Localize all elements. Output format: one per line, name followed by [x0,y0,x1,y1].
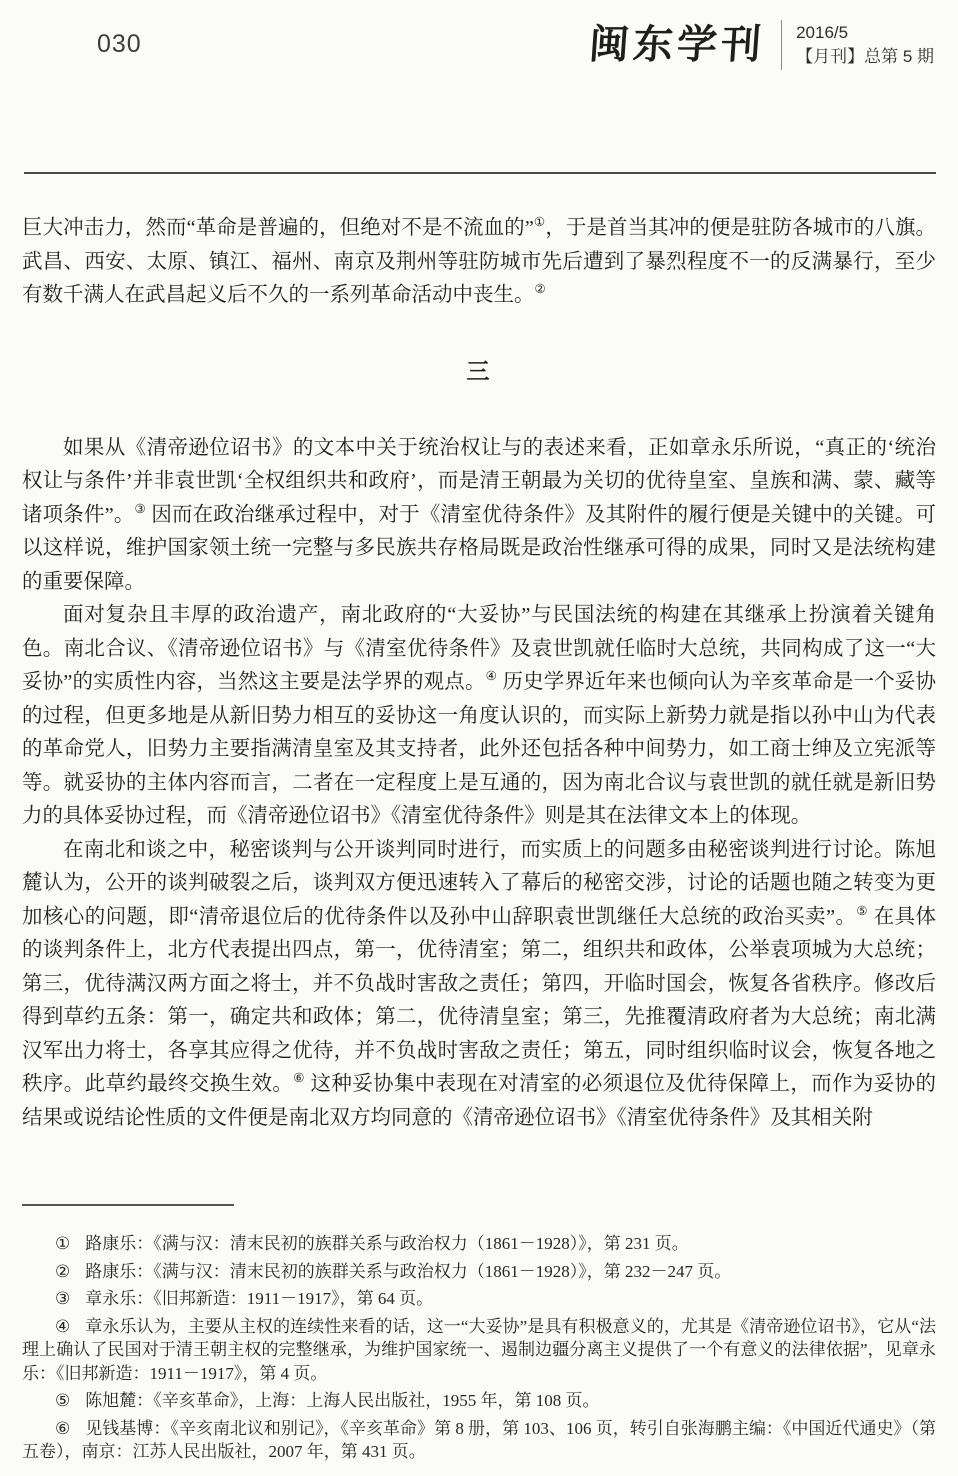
footnote-marker: ④ [55,1317,70,1336]
footnote-marker: ① [55,1234,70,1253]
journal-page: 030 闽东学刊 2016/5 【月刊】总第 5 期 巨大冲击力，然而“革命是普… [0,0,958,1476]
text-run: 因而在政治继承过程中，对于《清室优待条件》及其附件的履行便是关键中的关键。可以这… [22,504,936,593]
footnote-ref: ⑥ [293,1071,305,1085]
footnote-item: ②路康乐：《满与汉：清末民初的族群关系与政治权力（1861－1928）》，第 2… [22,1260,936,1284]
body-paragraph: 在南北和谈之中，秘密谈判与公开谈判同时进行，而实质上的问题多由秘密谈判进行讨论。… [22,834,936,1136]
footnote-item: ④章永乐认为，主要从主权的连续性来看的话，这一“大妥协”是具有积极意义的，尤其是… [22,1315,936,1386]
issue-info-block: 2016/5 【月刊】总第 5 期 [796,23,934,68]
text-run: 巨大冲击力，然而“革命是普遍的，但绝对不是不流血的” [22,217,534,239]
journal-logo: 闽东学刊 [588,25,783,65]
page-number: 030 [97,30,142,59]
footnote-section: ①路康乐：《满与汉：清末民初的族群关系与政治权力（1861－1928）》，第 2… [22,1204,936,1468]
footnote-ref: ① [534,215,546,229]
footnote-text: 路康乐：《满与汉：清末民初的族群关系与政治权力（1861－1928）》，第 23… [85,1234,689,1253]
footnote-item: ⑤陈旭麓：《辛亥革命》，上海：上海人民出版社，1955 年，第 108 页。 [22,1389,936,1413]
footnote-text: 章永乐认为，主要从主权的连续性来看的话，这一“大妥协”是具有积极意义的，尤其是《… [22,1317,936,1383]
body-paragraph: 巨大冲击力，然而“革命是普遍的，但绝对不是不流血的”①，于是首当其冲的便是驻防各… [22,212,936,313]
footnote-text: 陈旭麓：《辛亥革命》，上海：上海人民出版社，1955 年，第 108 页。 [85,1391,599,1410]
footnote-text: 章永乐：《旧邦新造：1911－1917》，第 64 页。 [85,1289,433,1308]
header-rule [24,172,936,174]
journal-header: 闽东学刊 2016/5 【月刊】总第 5 期 [589,20,934,70]
section-heading: 三 [22,353,936,386]
footnote-text: 见钱基博：《辛亥南北议和别记》，《辛亥革命》第 8 册，第 103、106 页，… [22,1419,936,1462]
issue-detail: 【月刊】总第 5 期 [796,47,934,67]
issue-year: 2016/5 [796,23,934,43]
article-body: 巨大冲击力，然而“革命是普遍的，但绝对不是不流血的”①，于是首当其冲的便是驻防各… [22,212,936,1135]
footnote-item: ⑥见钱基博：《辛亥南北议和别记》，《辛亥革命》第 8 册，第 103、106 页… [22,1417,936,1464]
footnote-marker: ② [55,1262,70,1281]
footnote-ref: ⑤ [856,904,868,918]
footnote-item: ①路康乐：《满与汉：清末民初的族群关系与政治权力（1861－1928）》，第 2… [22,1232,936,1256]
text-run: 在南北和谈之中，秘密谈判与公开谈判同时进行，而实质上的问题多由秘密谈判进行讨论。… [22,839,936,928]
footnote-marker: ⑥ [55,1419,70,1438]
footnote-item: ③章永乐：《旧邦新造：1911－1917》，第 64 页。 [22,1287,936,1311]
footnote-ref: ④ [486,669,498,683]
text-run: 在具体的谈判条件上，北方代表提出四点，第一，优待清室；第二，组织共和政体，公举袁… [22,906,936,1096]
body-paragraph: 如果从《清帝逊位诏书》的文本中关于统治权让与的表述来看，正如章永乐所说，“真正的… [22,432,936,600]
footnote-ref: ② [535,282,546,296]
body-paragraph: 面对复杂且丰厚的政治遗产，南北政府的“大妥协”与民国法统的构建在其继承上扮演着关… [22,599,936,834]
footnote-separator [22,1204,234,1206]
footnote-marker: ③ [55,1289,70,1308]
text-run: 历史学界近年来也倾向认为辛亥革命是一个妥协的过程，但更多地是从新旧势力相互的妥协… [22,671,936,827]
footnote-text: 路康乐：《满与汉：清末民初的族群关系与政治权力（1861－1928）》，第 23… [85,1262,731,1281]
footnote-marker: ⑤ [55,1391,70,1410]
footnote-ref: ③ [135,502,147,516]
